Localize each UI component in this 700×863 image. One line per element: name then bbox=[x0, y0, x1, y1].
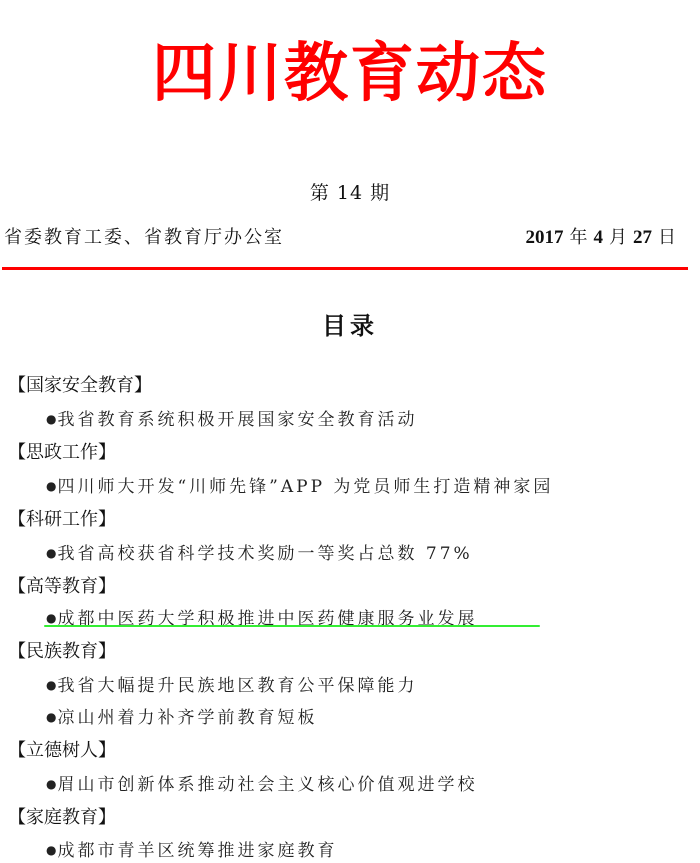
masthead-divider bbox=[2, 267, 688, 270]
toc-item[interactable]: ●成都市青羊区统筹推进家庭教育 bbox=[46, 838, 337, 863]
bullet-icon: ● bbox=[46, 673, 56, 697]
date-month: 4 bbox=[594, 227, 604, 248]
date-year: 2017 bbox=[526, 227, 564, 248]
date-month-unit: 月 bbox=[609, 227, 627, 248]
toc-item-label: 我省高校获省科学技术奖励一等奖占总数 77% bbox=[57, 544, 472, 564]
issue-number: 第 14 期 bbox=[0, 180, 700, 206]
toc-item-label: 凉山州着力补齐学前教育短板 bbox=[57, 708, 317, 728]
issuer-name: 省委教育工委、省教育厅办公室 bbox=[4, 226, 284, 250]
date-day: 27 bbox=[633, 227, 652, 248]
toc-section-heading: 【高等教育】 bbox=[8, 575, 116, 599]
toc-section-heading: 【科研工作】 bbox=[8, 508, 116, 532]
bullet-icon: ● bbox=[46, 407, 56, 431]
toc-section-heading: 【家庭教育】 bbox=[8, 806, 116, 830]
toc-item-label: 我省大幅提升民族地区教育公平保障能力 bbox=[57, 676, 417, 696]
toc-section-heading: 【立德树人】 bbox=[8, 739, 116, 763]
toc-section-heading: 【民族教育】 bbox=[8, 640, 116, 664]
masthead-title: 四川教育动态 bbox=[0, 38, 700, 110]
bullet-icon: ● bbox=[46, 705, 56, 729]
toc-item-label: 我省教育系统积极开展国家安全教育活动 bbox=[57, 410, 417, 430]
highlight-underline bbox=[44, 625, 540, 627]
toc-item[interactable]: ●眉山市创新体系推动社会主义核心价值观进学校 bbox=[46, 772, 477, 797]
toc-item-label: 成都市青羊区统筹推进家庭教育 bbox=[57, 841, 337, 861]
publication-date: 2017年4月27日 bbox=[526, 226, 683, 250]
toc-item[interactable]: ●我省教育系统积极开展国家安全教育活动 bbox=[46, 407, 417, 432]
toc-section-heading: 【思政工作】 bbox=[8, 441, 116, 465]
date-day-unit: 日 bbox=[658, 227, 676, 248]
toc-item-highlighted[interactable]: ●成都中医药大学积极推进中医药健康服务业发展 bbox=[46, 606, 477, 631]
toc-item-label: 四川师大开发“川师先锋”APP 为党员师生打造精神家园 bbox=[57, 477, 553, 497]
bullet-icon: ● bbox=[46, 474, 56, 498]
toc-item[interactable]: ●四川师大开发“川师先锋”APP 为党员师生打造精神家园 bbox=[46, 474, 553, 499]
toc-section-heading: 【国家安全教育】 bbox=[8, 374, 152, 398]
toc-item[interactable]: ●我省高校获省科学技术奖励一等奖占总数 77% bbox=[46, 541, 473, 566]
toc-item-label: 眉山市创新体系推动社会主义核心价值观进学校 bbox=[57, 775, 477, 795]
date-year-unit: 年 bbox=[570, 227, 588, 248]
toc-title: 目录 bbox=[0, 310, 700, 342]
bullet-icon: ● bbox=[46, 541, 56, 565]
toc-item[interactable]: ●我省大幅提升民族地区教育公平保障能力 bbox=[46, 673, 417, 698]
bullet-icon: ● bbox=[46, 838, 56, 862]
bullet-icon: ● bbox=[46, 772, 56, 796]
toc-item[interactable]: ●凉山州着力补齐学前教育短板 bbox=[46, 705, 317, 730]
